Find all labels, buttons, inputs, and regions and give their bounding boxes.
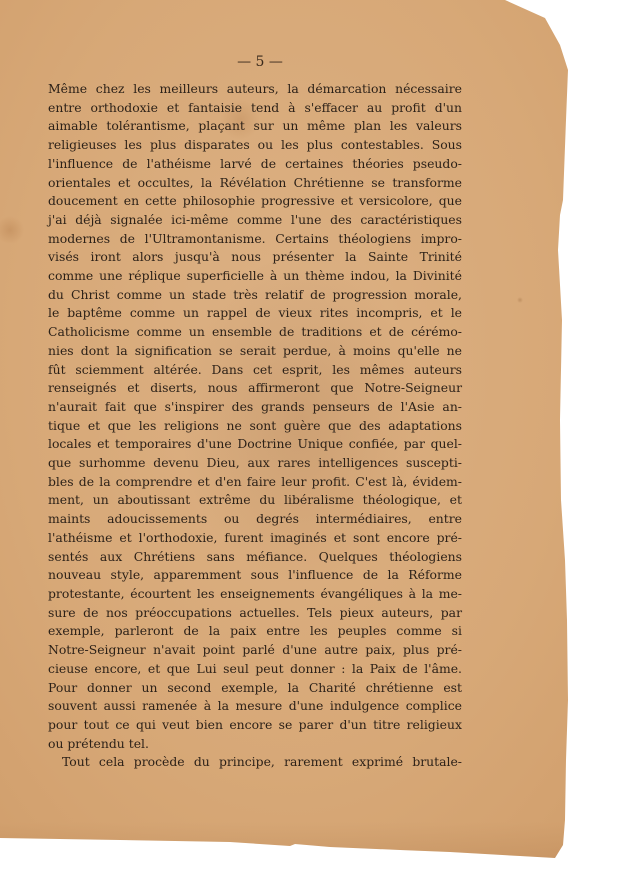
text-line: protestante, écourtent les enseignements…	[48, 585, 462, 604]
text-line: n'aurait fait que s'inspirer des grands …	[48, 398, 462, 417]
text-line: entre orthodoxie et fantaisie tend à s'e…	[48, 99, 462, 118]
text-line: cieuse encore, et que Lui seul peut donn…	[48, 660, 462, 679]
text-line: orientales et occultes, la Révélation Ch…	[48, 174, 462, 193]
text-line: aimable tolérantisme, plaçant sur un mêm…	[48, 117, 462, 136]
text-line: comme une réplique superficielle à un th…	[48, 267, 462, 286]
text-line: sentés aux Chrétiens sans méfiance. Quel…	[48, 548, 462, 567]
text-line: j'ai déjà signalée ici-même comme l'une …	[48, 211, 462, 230]
page-number: — 5 —	[0, 54, 520, 70]
text-line: du Christ comme un stade très relatif de…	[48, 286, 462, 305]
text-line: ou prétendu tel.	[48, 735, 462, 754]
text-line: renseignés et diserts, nous affirmeront …	[48, 379, 462, 398]
text-line: ment, un aboutissant extrême du libérali…	[48, 491, 462, 510]
text-line: bles de la comprendre et d'en faire leur…	[48, 473, 462, 492]
text-line: l'athéisme et l'orthodoxie, furent imagi…	[48, 529, 462, 548]
text-line: visés iront alors jusqu'à nous présenter…	[48, 248, 462, 267]
body-text: Même chez les meilleurs auteurs, la déma…	[48, 80, 462, 772]
text-line: doucement en cette philosophie progressi…	[48, 192, 462, 211]
text-line: Catholicisme comme un ensemble de tradit…	[48, 323, 462, 342]
text-line: tique et que les religions ne sont guère…	[48, 417, 462, 436]
text-line: souvent aussi ramenée à la mesure d'une …	[48, 697, 462, 716]
text-line: locales et temporaires d'une Doctrine Un…	[48, 435, 462, 454]
text-line: Tout cela procède du principe, rarement …	[48, 753, 462, 772]
text-line: Pour donner un second exemple, la Charit…	[48, 679, 462, 698]
text-line: l'influence de l'athéisme larvé de certa…	[48, 155, 462, 174]
text-line: Notre-Seigneur n'avait point parlé d'une…	[48, 641, 462, 660]
text-line: sure de nos préoccupations actuelles. Te…	[48, 604, 462, 623]
text-line: modernes de l'Ultramontanisme. Certains …	[48, 230, 462, 249]
text-line: nies dont la signification se serait per…	[48, 342, 462, 361]
text-line: fût sciemment altérée. Dans cet esprit, …	[48, 361, 462, 380]
text-line: religieuses les plus disparates ou les p…	[48, 136, 462, 155]
text-line: exemple, parleront de la paix entre les …	[48, 622, 462, 641]
text-line: nouveau style, apparemment sous l'influe…	[48, 566, 462, 585]
text-line: Même chez les meilleurs auteurs, la déma…	[48, 80, 462, 99]
text-line: pour tout ce qui veut bien encore se par…	[48, 716, 462, 735]
scanned-page: — 5 — Même chez les meilleurs auteurs, l…	[0, 0, 643, 893]
text-line: maints adoucissements ou degrés interméd…	[48, 510, 462, 529]
text-line: le baptême comme un rappel de vieux rite…	[48, 304, 462, 323]
text-line: que surhomme devenu Dieu, aux rares inte…	[48, 454, 462, 473]
